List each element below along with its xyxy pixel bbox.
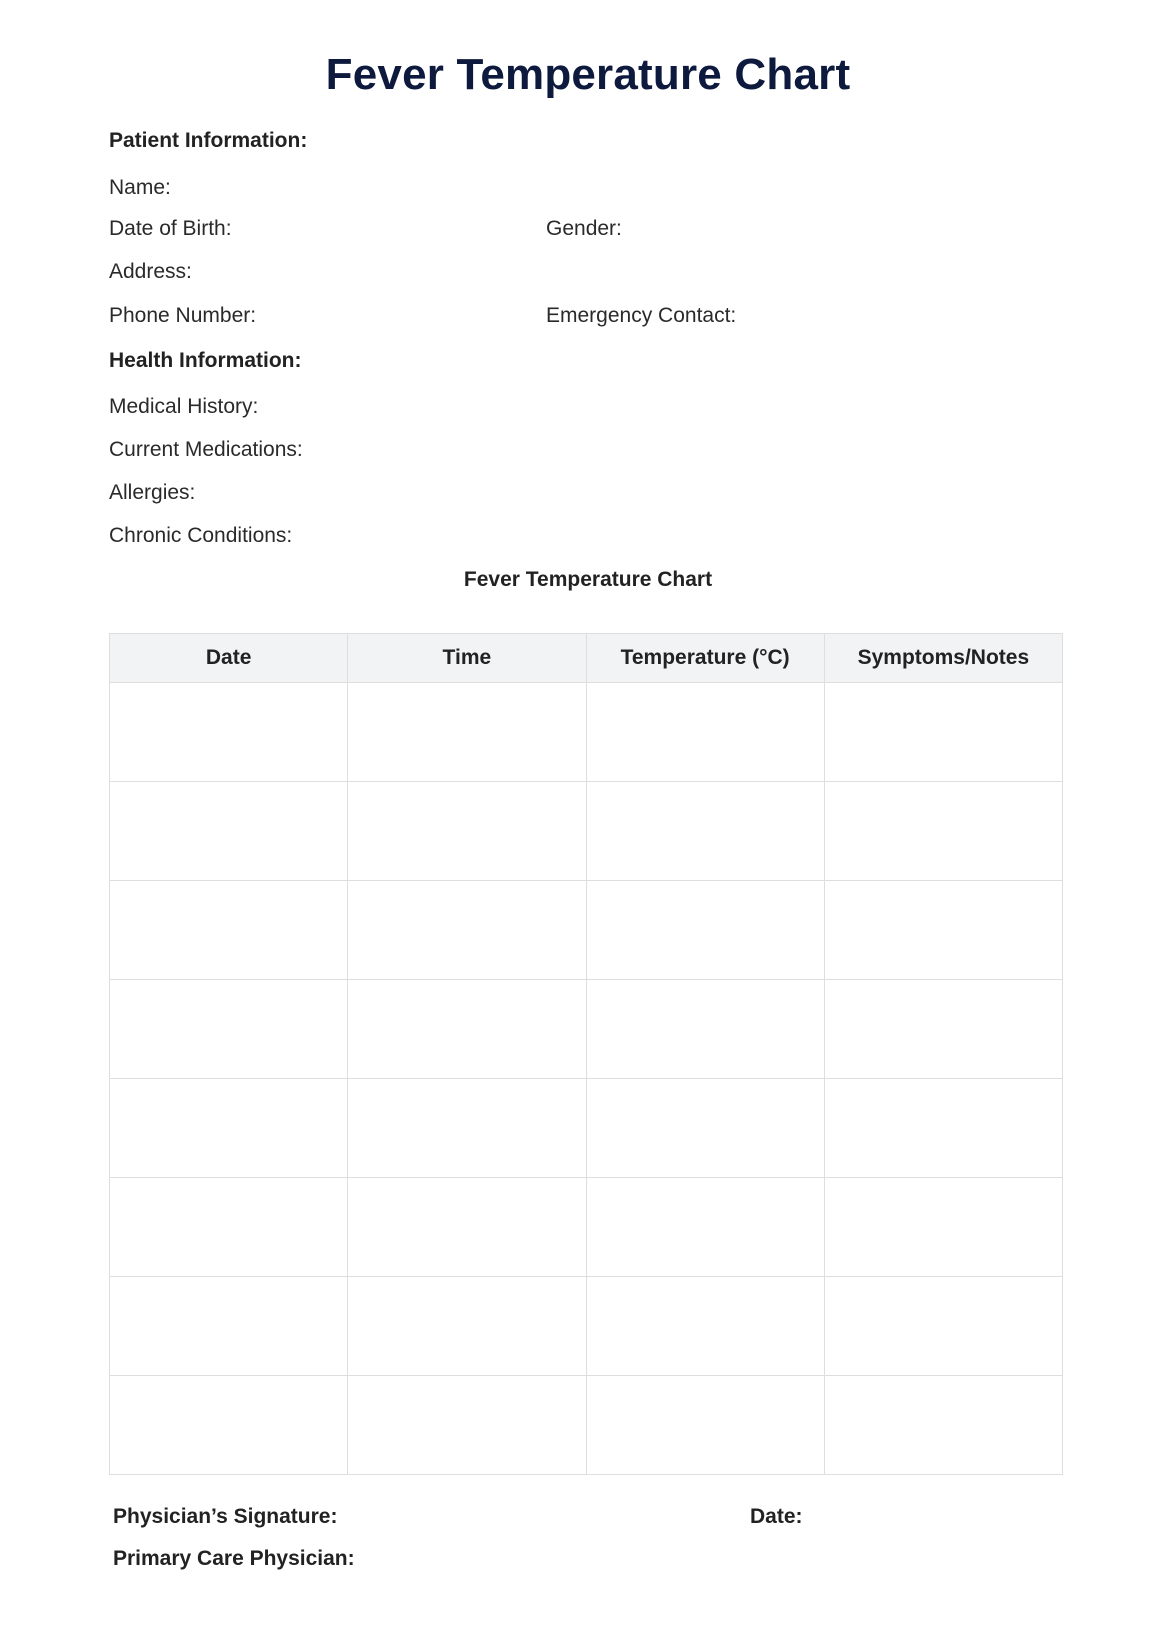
cell-notes[interactable] <box>824 1376 1062 1475</box>
cell-date[interactable] <box>110 881 348 980</box>
phone-field-label: Phone Number: <box>109 304 256 328</box>
cell-notes[interactable] <box>824 1277 1062 1376</box>
physician-signature-label: Physician’s Signature: <box>113 1505 337 1529</box>
name-field-label: Name: <box>109 176 171 200</box>
chronic-conditions-field-label: Chronic Conditions: <box>109 524 292 548</box>
chart-subtitle: Fever Temperature Chart <box>0 568 1176 592</box>
cell-date[interactable] <box>110 980 348 1079</box>
cell-time[interactable] <box>348 881 586 980</box>
primary-care-physician-label: Primary Care Physician: <box>113 1547 355 1571</box>
temperature-log-table: Date Time Temperature (°C) Symptoms/Note… <box>109 633 1063 1475</box>
cell-time[interactable] <box>348 782 586 881</box>
cell-temperature[interactable] <box>586 1277 824 1376</box>
cell-date[interactable] <box>110 1376 348 1475</box>
cell-time[interactable] <box>348 683 586 782</box>
table-row <box>110 683 1063 782</box>
table-row <box>110 1376 1063 1475</box>
cell-time[interactable] <box>348 980 586 1079</box>
health-info-heading: Health Information: <box>109 349 302 373</box>
dob-field-label: Date of Birth: <box>109 217 232 241</box>
signature-date-label: Date: <box>750 1505 803 1529</box>
cell-date[interactable] <box>110 683 348 782</box>
emergency-contact-field-label: Emergency Contact: <box>546 304 736 328</box>
cell-temperature[interactable] <box>586 980 824 1079</box>
medications-field-label: Current Medications: <box>109 438 303 462</box>
cell-temperature[interactable] <box>586 683 824 782</box>
cell-time[interactable] <box>348 1079 586 1178</box>
cell-temperature[interactable] <box>586 1376 824 1475</box>
column-header-date: Date <box>110 634 348 683</box>
cell-notes[interactable] <box>824 980 1062 1079</box>
cell-time[interactable] <box>348 1376 586 1475</box>
cell-date[interactable] <box>110 1277 348 1376</box>
table-header-row: Date Time Temperature (°C) Symptoms/Note… <box>110 634 1063 683</box>
cell-notes[interactable] <box>824 782 1062 881</box>
cell-date[interactable] <box>110 782 348 881</box>
table-row <box>110 980 1063 1079</box>
column-header-time: Time <box>348 634 586 683</box>
table-row <box>110 782 1063 881</box>
gender-field-label: Gender: <box>546 217 622 241</box>
cell-temperature[interactable] <box>586 1178 824 1277</box>
table-row <box>110 1277 1063 1376</box>
column-header-notes: Symptoms/Notes <box>824 634 1062 683</box>
cell-time[interactable] <box>348 1277 586 1376</box>
table-row <box>110 1079 1063 1178</box>
allergies-field-label: Allergies: <box>109 481 195 505</box>
cell-notes[interactable] <box>824 1178 1062 1277</box>
cell-time[interactable] <box>348 1178 586 1277</box>
table-row <box>110 881 1063 980</box>
medical-history-field-label: Medical History: <box>109 395 258 419</box>
table-row <box>110 1178 1063 1277</box>
address-field-label: Address: <box>109 260 192 284</box>
cell-notes[interactable] <box>824 881 1062 980</box>
patient-info-heading: Patient Information: <box>109 129 307 153</box>
cell-temperature[interactable] <box>586 881 824 980</box>
cell-date[interactable] <box>110 1178 348 1277</box>
cell-notes[interactable] <box>824 683 1062 782</box>
column-header-temperature: Temperature (°C) <box>586 634 824 683</box>
cell-notes[interactable] <box>824 1079 1062 1178</box>
page-title: Fever Temperature Chart <box>0 50 1176 100</box>
cell-temperature[interactable] <box>586 1079 824 1178</box>
cell-temperature[interactable] <box>586 782 824 881</box>
cell-date[interactable] <box>110 1079 348 1178</box>
